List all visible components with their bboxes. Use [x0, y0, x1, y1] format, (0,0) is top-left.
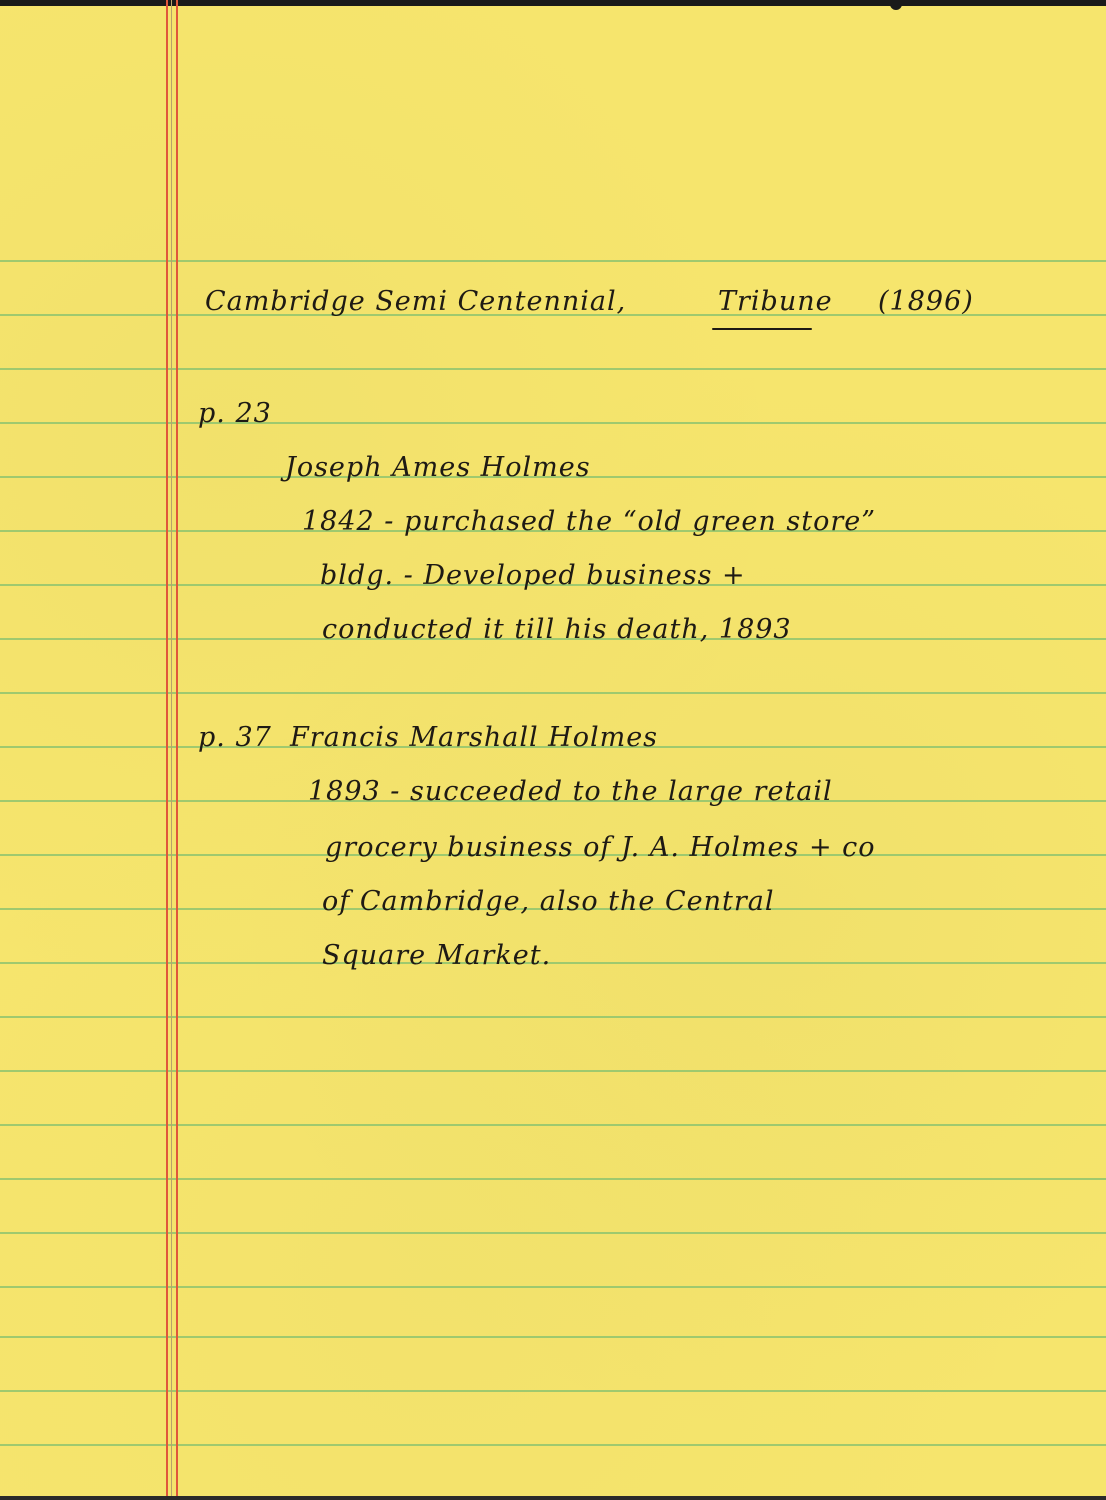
title-underline [712, 328, 812, 330]
title-year: (1896) [878, 286, 974, 317]
entry-name: Joseph Ames Holmes [285, 452, 591, 483]
entry-line: bldg. - Developed business + [320, 560, 746, 591]
entry-page-ref: p. 23 [198, 398, 272, 429]
title-source: Cambridge Semi Centennial, [205, 286, 626, 317]
scan-notch [890, 4, 902, 10]
entry-name: Francis Marshall Holmes [290, 722, 658, 753]
margin-line-red [176, 0, 178, 1500]
scan-bottom-edge [0, 1496, 1106, 1500]
title-publication: Tribune [718, 286, 833, 317]
entry-line: 1893 - succeeded to the large retail [308, 776, 833, 807]
entry-line: 1842 - purchased the “old green store” [302, 506, 876, 537]
margin-line-grey [171, 0, 172, 1500]
entry-line: Square Market. [322, 940, 551, 971]
entry-line: grocery business of J. A. Holmes + co [325, 832, 876, 863]
entry-line: conducted it till his death, 1893 [322, 614, 792, 645]
margin-line-red [166, 0, 168, 1500]
entry-page-ref: p. 37 [198, 722, 272, 753]
entry-line: of Cambridge, also the Central [322, 886, 774, 917]
legal-pad-page: Cambridge Semi Centennial, Tribune (1896… [0, 0, 1106, 1500]
